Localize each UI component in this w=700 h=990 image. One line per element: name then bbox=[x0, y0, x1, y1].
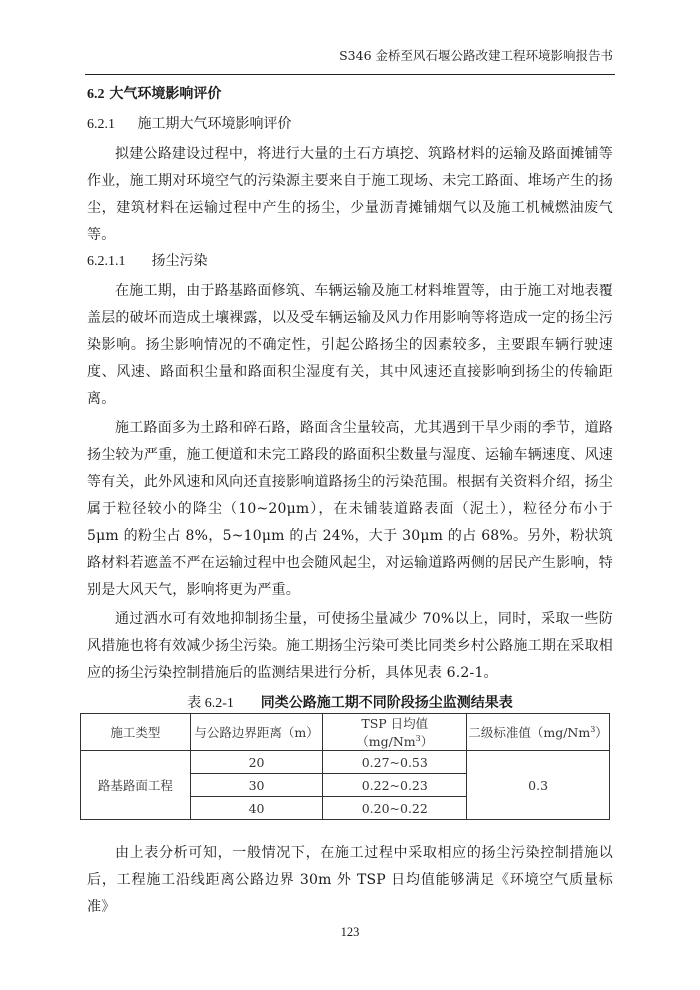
cell-distance: 30 bbox=[190, 774, 323, 797]
subsubsection-number: 6.2.1.1 bbox=[87, 252, 147, 272]
subsubsection-heading: 6.2.1.1 扬尘污染 bbox=[87, 251, 613, 272]
subsection-heading: 6.2.1 施工期大气环境影响评价 bbox=[87, 114, 613, 135]
cell-tsp: 0.27~0.53 bbox=[323, 751, 467, 774]
document-page: S346 金桥至风石堰公路改建工程环境影响报告书 6.2 大气环境影响评价 6.… bbox=[0, 0, 700, 990]
section-number: 6.2 bbox=[87, 87, 105, 102]
conclusion-block: 由上表分析可知，一般情况下，在施工过程中采取相应的扬尘污染控制措施以后，工程施工… bbox=[87, 840, 613, 923]
page-number: 123 bbox=[0, 925, 700, 940]
table-header-row: 施工类型 与公路边界距离（m） TSP 日均值（mg/Nm3） 二级标准值（mg… bbox=[81, 714, 610, 751]
header-distance: 与公路边界距离（m） bbox=[190, 714, 323, 751]
cell-standard: 0.3 bbox=[467, 751, 610, 820]
subsection-title: 施工期大气环境影响评价 bbox=[137, 116, 291, 132]
table-row: 路基路面工程 20 0.27~0.53 0.3 bbox=[81, 751, 610, 774]
cell-construction-type: 路基路面工程 bbox=[81, 751, 191, 820]
intro-paragraph: 拟建公路建设过程中，将进行大量的土石方填挖、筑路材料的运输及路面摊铺等作业，施工… bbox=[87, 141, 613, 249]
main-content: 6.2 大气环境影响评价 6.2.1 施工期大气环境影响评价 拟建公路建设过程中… bbox=[87, 84, 613, 720]
dust-monitoring-table: 施工类型 与公路边界距离（m） TSP 日均值（mg/Nm3） 二级标准值（mg… bbox=[80, 713, 610, 820]
running-header: S346 金桥至风石堰公路改建工程环境影响报告书 bbox=[85, 48, 613, 64]
subsection-number: 6.2.1 bbox=[87, 115, 133, 135]
section-heading: 6.2 大气环境影响评价 bbox=[87, 84, 613, 105]
subsubsection-title: 扬尘污染 bbox=[151, 253, 207, 269]
cell-tsp: 0.22~0.23 bbox=[323, 774, 467, 797]
paragraph: 施工路面多为土路和碎石路，路面含尘量较高，尤其遇到干旱少雨的季节，道路扬尘较为严… bbox=[87, 415, 613, 604]
conclusion-paragraph: 由上表分析可知，一般情况下，在施工过程中采取相应的扬尘污染控制措施以后，工程施工… bbox=[87, 840, 613, 921]
cell-distance: 40 bbox=[190, 797, 323, 820]
header-construction-type: 施工类型 bbox=[81, 714, 191, 751]
section-title: 大气环境影响评价 bbox=[109, 86, 221, 102]
header-standard: 二级标准值（mg/Nm3） bbox=[467, 714, 610, 751]
cell-distance: 20 bbox=[190, 751, 323, 774]
cell-tsp: 0.20~0.22 bbox=[323, 797, 467, 820]
paragraph: 通过洒水可有效地抑制扬尘量，可使扬尘量减少 70%以上，同时，采取一些防风措施也… bbox=[87, 606, 613, 687]
header-rule bbox=[85, 74, 615, 75]
table-caption: 表 6.2-1 同类公路施工期不同阶段扬尘监测结果表 bbox=[87, 693, 613, 714]
table-caption-number: 表 6.2-1 bbox=[187, 696, 234, 711]
header-tsp: TSP 日均值（mg/Nm3） bbox=[323, 714, 467, 751]
paragraph: 在施工期，由于路基路面修筑、车辆运输及施工材料堆置等，由于施工对地表覆盖层的破坏… bbox=[87, 278, 613, 413]
table-caption-title: 同类公路施工期不同阶段扬尘监测结果表 bbox=[261, 695, 513, 711]
